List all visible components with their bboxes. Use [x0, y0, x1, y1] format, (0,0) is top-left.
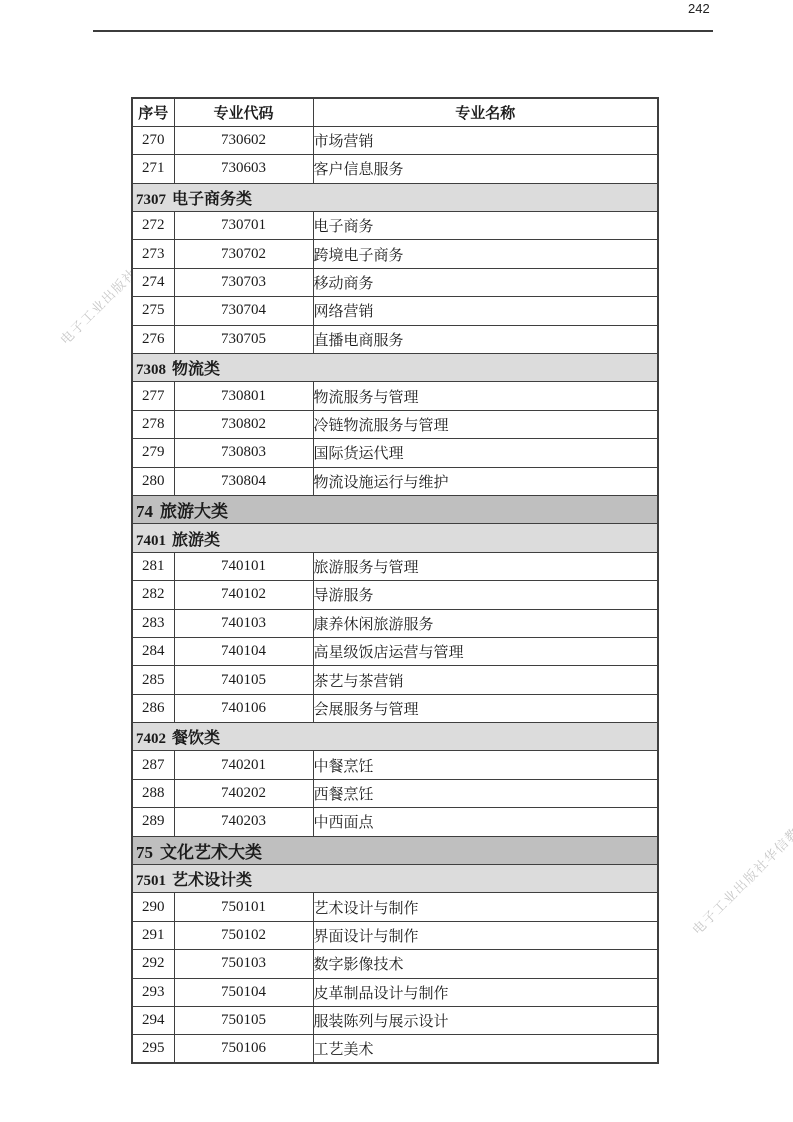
- code-cell: 730703: [174, 268, 313, 296]
- seq-cell: 294: [132, 1007, 174, 1035]
- seq-cell: 283: [132, 609, 174, 637]
- code-cell: 740102: [174, 581, 313, 609]
- name-cell: 工艺美术: [313, 1035, 658, 1063]
- section-cell: 7308物流类: [132, 354, 658, 382]
- table-row: 284740104高星级饭店运营与管理: [132, 637, 658, 665]
- table-row: 274730703移动商务: [132, 268, 658, 296]
- seq-cell: 276: [132, 325, 174, 353]
- section-title: 物流类: [172, 361, 220, 378]
- seq-cell: 274: [132, 268, 174, 296]
- code-cell: 750106: [174, 1035, 313, 1063]
- name-cell: 物流设施运行与维护: [313, 467, 658, 495]
- seq-cell: 284: [132, 637, 174, 665]
- name-cell: 旅游服务与管理: [313, 552, 658, 580]
- table-row: 283740103康养休闲旅游服务: [132, 609, 658, 637]
- name-cell: 艺术设计与制作: [313, 893, 658, 921]
- code-cell: 730801: [174, 382, 313, 410]
- section-cell: 74旅游大类: [132, 495, 658, 523]
- section-cell: 7401旅游类: [132, 524, 658, 552]
- column-header-seq: 序号: [132, 98, 174, 126]
- code-cell: 740202: [174, 779, 313, 807]
- code-cell: 730802: [174, 410, 313, 438]
- seq-cell: 270: [132, 126, 174, 154]
- seq-cell: 272: [132, 212, 174, 240]
- code-cell: 730602: [174, 126, 313, 154]
- table-row: 276730705直播电商服务: [132, 325, 658, 353]
- name-cell: 电子商务: [313, 212, 658, 240]
- section-cell: 7307电子商务类: [132, 183, 658, 211]
- table-row: 271730603客户信息服务: [132, 155, 658, 183]
- section-code: 7307: [136, 192, 166, 208]
- seq-cell: 278: [132, 410, 174, 438]
- name-cell: 西餐烹饪: [313, 779, 658, 807]
- code-cell: 740104: [174, 637, 313, 665]
- seq-cell: 287: [132, 751, 174, 779]
- table-row: 279730803国际货运代理: [132, 439, 658, 467]
- table-row: 277730801物流服务与管理: [132, 382, 658, 410]
- table-body: 270730602市场营销271730603客户信息服务7307电子商务类272…: [132, 126, 658, 1063]
- table-row: 295750106工艺美术: [132, 1035, 658, 1063]
- table-row: 282740102导游服务: [132, 581, 658, 609]
- code-cell: 750104: [174, 978, 313, 1006]
- code-cell: 730804: [174, 467, 313, 495]
- name-cell: 高星级饭店运营与管理: [313, 637, 658, 665]
- table-row: 288740202西餐烹饪: [132, 779, 658, 807]
- table-row: 278730802冷链物流服务与管理: [132, 410, 658, 438]
- section-cell: 7402餐饮类: [132, 723, 658, 751]
- seq-cell: 275: [132, 297, 174, 325]
- code-cell: 750102: [174, 921, 313, 949]
- section-title: 文化艺术大类: [160, 843, 262, 862]
- subcategory-row: 7402餐饮类: [132, 723, 658, 751]
- column-header-code: 专业代码: [174, 98, 313, 126]
- section-cell: 7501艺术设计类: [132, 865, 658, 893]
- section-title: 电子商务类: [172, 191, 252, 208]
- page-number: 242: [688, 1, 710, 16]
- code-cell: 750103: [174, 950, 313, 978]
- code-cell: 730704: [174, 297, 313, 325]
- seq-cell: 289: [132, 808, 174, 836]
- subcategory-row: 7307电子商务类: [132, 183, 658, 211]
- table-row: 273730702跨境电子商务: [132, 240, 658, 268]
- code-cell: 730705: [174, 325, 313, 353]
- column-header-name: 专业名称: [313, 98, 658, 126]
- section-cell: 75文化艺术大类: [132, 836, 658, 864]
- name-cell: 中西面点: [313, 808, 658, 836]
- name-cell: 物流服务与管理: [313, 382, 658, 410]
- name-cell: 服装陈列与展示设计: [313, 1007, 658, 1035]
- name-cell: 康养休闲旅游服务: [313, 609, 658, 637]
- seq-cell: 285: [132, 666, 174, 694]
- section-code: 7402: [136, 731, 166, 747]
- section-title: 旅游类: [172, 532, 220, 549]
- major-category-row: 74旅游大类: [132, 495, 658, 523]
- section-code: 74: [136, 502, 153, 521]
- seq-cell: 280: [132, 467, 174, 495]
- table-row: 291750102界面设计与制作: [132, 921, 658, 949]
- code-cell: 730701: [174, 212, 313, 240]
- section-code: 7308: [136, 362, 166, 378]
- subcategory-row: 7308物流类: [132, 354, 658, 382]
- code-cell: 740103: [174, 609, 313, 637]
- table-row: 285740105茶艺与茶营销: [132, 666, 658, 694]
- code-cell: 740201: [174, 751, 313, 779]
- subcategory-row: 7501艺术设计类: [132, 865, 658, 893]
- seq-cell: 281: [132, 552, 174, 580]
- table-row: 290750101艺术设计与制作: [132, 893, 658, 921]
- name-cell: 跨境电子商务: [313, 240, 658, 268]
- table-row: 275730704网络营销: [132, 297, 658, 325]
- code-cell: 740106: [174, 694, 313, 722]
- name-cell: 界面设计与制作: [313, 921, 658, 949]
- table-row: 281740101旅游服务与管理: [132, 552, 658, 580]
- section-code: 75: [136, 843, 153, 862]
- name-cell: 客户信息服务: [313, 155, 658, 183]
- section-title: 餐饮类: [172, 730, 220, 747]
- code-cell: 730803: [174, 439, 313, 467]
- section-title: 旅游大类: [160, 502, 228, 521]
- name-cell: 导游服务: [313, 581, 658, 609]
- code-cell: 730702: [174, 240, 313, 268]
- seq-cell: 288: [132, 779, 174, 807]
- code-cell: 740101: [174, 552, 313, 580]
- table-row: 270730602市场营销: [132, 126, 658, 154]
- section-title: 艺术设计类: [172, 872, 252, 889]
- name-cell: 冷链物流服务与管理: [313, 410, 658, 438]
- seq-cell: 271: [132, 155, 174, 183]
- table-row: 287740201中餐烹饪: [132, 751, 658, 779]
- table-row: 272730701电子商务: [132, 212, 658, 240]
- name-cell: 国际货运代理: [313, 439, 658, 467]
- subcategory-row: 7401旅游类: [132, 524, 658, 552]
- seq-cell: 293: [132, 978, 174, 1006]
- code-cell: 740105: [174, 666, 313, 694]
- name-cell: 市场营销: [313, 126, 658, 154]
- code-cell: 750105: [174, 1007, 313, 1035]
- table-header: 序号专业代码专业名称: [132, 98, 658, 126]
- name-cell: 会展服务与管理: [313, 694, 658, 722]
- name-cell: 网络营销: [313, 297, 658, 325]
- header-rule: [93, 30, 713, 32]
- code-cell: 750101: [174, 893, 313, 921]
- name-cell: 移动商务: [313, 268, 658, 296]
- name-cell: 皮革制品设计与制作: [313, 978, 658, 1006]
- watermark-right: 电子工业出版社华信教育研究所: [687, 781, 793, 938]
- name-cell: 直播电商服务: [313, 325, 658, 353]
- seq-cell: 292: [132, 950, 174, 978]
- seq-cell: 295: [132, 1035, 174, 1063]
- code-cell: 730603: [174, 155, 313, 183]
- name-cell: 茶艺与茶营销: [313, 666, 658, 694]
- name-cell: 中餐烹饪: [313, 751, 658, 779]
- table-row: 280730804物流设施运行与维护: [132, 467, 658, 495]
- code-cell: 740203: [174, 808, 313, 836]
- name-cell: 数字影像技术: [313, 950, 658, 978]
- section-code: 7501: [136, 873, 166, 889]
- majors-table: 序号专业代码专业名称 270730602市场营销271730603客户信息服务7…: [131, 97, 659, 1064]
- seq-cell: 277: [132, 382, 174, 410]
- table-row: 286740106会展服务与管理: [132, 694, 658, 722]
- table-row: 293750104皮革制品设计与制作: [132, 978, 658, 1006]
- table-row: 294750105服装陈列与展示设计: [132, 1007, 658, 1035]
- seq-cell: 291: [132, 921, 174, 949]
- table-row: 292750103数字影像技术: [132, 950, 658, 978]
- seq-cell: 290: [132, 893, 174, 921]
- section-code: 7401: [136, 533, 166, 549]
- header-row: 序号专业代码专业名称: [132, 98, 658, 126]
- table-row: 289740203中西面点: [132, 808, 658, 836]
- major-category-row: 75文化艺术大类: [132, 836, 658, 864]
- seq-cell: 286: [132, 694, 174, 722]
- seq-cell: 279: [132, 439, 174, 467]
- seq-cell: 282: [132, 581, 174, 609]
- seq-cell: 273: [132, 240, 174, 268]
